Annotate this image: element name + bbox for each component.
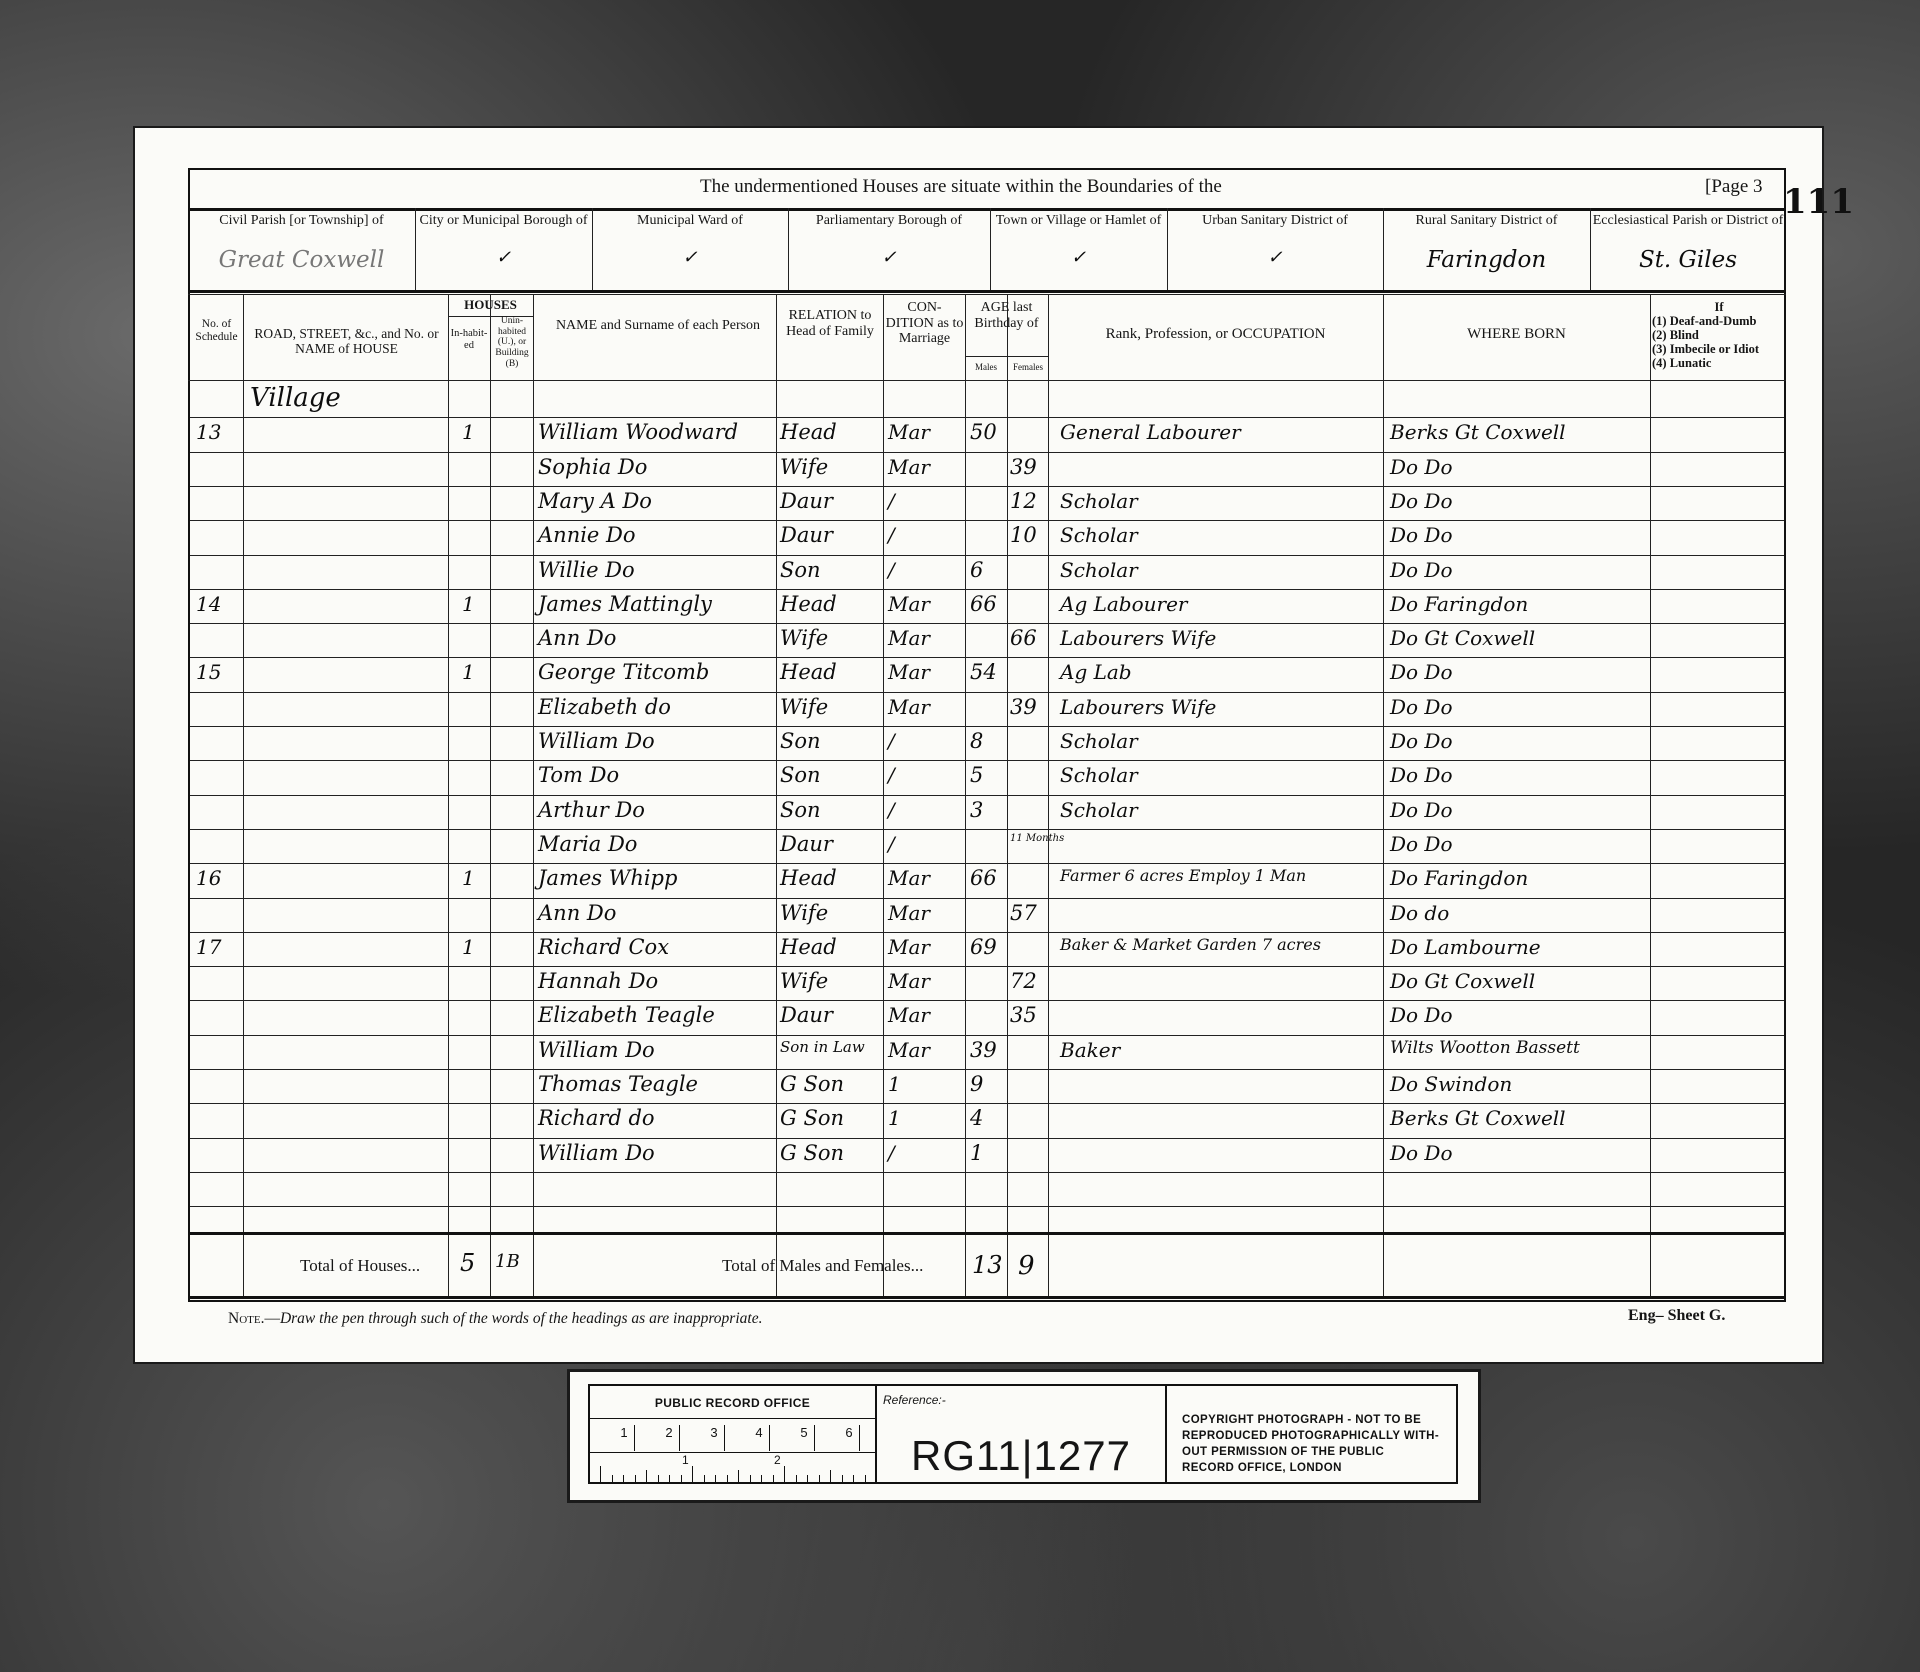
marital-condition: Mar (888, 661, 930, 683)
scale-tick (796, 1475, 797, 1484)
person-name: Hannah Do (538, 970, 658, 994)
scale-tick (738, 1470, 739, 1484)
page-label: [Page 3 (1705, 176, 1763, 197)
relation-to-head: Wife (780, 696, 828, 720)
boundary-label: Urban Sanitary District of (1167, 213, 1383, 229)
note-prefix: Note.— (228, 1310, 280, 1327)
occupation: Scholar (1060, 524, 1138, 546)
where-born: Do Do (1390, 524, 1453, 546)
age-male: 66 (970, 593, 997, 617)
where-born: Do Do (1390, 764, 1453, 786)
scale-tick (773, 1475, 774, 1484)
person-name: William Woodward (538, 421, 738, 445)
age-subheader-rule (965, 356, 1048, 357)
inhabited-mark: 1 (462, 421, 475, 443)
age-male: 4 (970, 1107, 983, 1131)
marital-condition: Mar (888, 867, 930, 889)
where-born: Do Do (1390, 559, 1453, 581)
where-born: Do Do (1390, 456, 1453, 478)
inhabited-mark: 1 (462, 593, 475, 615)
scale-tick (600, 1466, 601, 1484)
boundary-label: Municipal Ward of (592, 213, 788, 229)
relation-to-head: G Son (780, 1107, 844, 1131)
age-female: 66 (1010, 627, 1037, 651)
scale-tick (807, 1475, 808, 1484)
where-born: Do Faringdon (1390, 593, 1528, 615)
boundary-value: ✓ (592, 248, 788, 268)
copyright-line: RECORD OFFICE, LONDON (1182, 1460, 1452, 1476)
marital-condition: / (888, 1142, 895, 1164)
relation-to-head: Head (780, 936, 837, 960)
col-header-condition: CON-DITION as to Marriage (884, 300, 965, 347)
person-name: Elizabeth do (538, 696, 671, 720)
col-header-name: NAME and Surname of each Person (540, 318, 776, 334)
boundary-label: Town or Village or Hamlet of (990, 213, 1167, 229)
relation-to-head: G Son (780, 1073, 844, 1097)
relation-to-head: Son (780, 559, 821, 583)
age-female: 10 (1010, 524, 1037, 548)
folio-number: 111 (1783, 182, 1854, 222)
where-born: Do Swindon (1390, 1073, 1512, 1095)
relation-to-head: Wife (780, 456, 828, 480)
where-born: Do Do (1390, 799, 1453, 821)
col-header-age: AGE last Birthday of (965, 300, 1048, 331)
marital-condition: Mar (888, 696, 930, 718)
table-row (188, 559, 1786, 593)
where-born: Do Do (1390, 696, 1453, 718)
age-male: 1 (970, 1142, 983, 1166)
stamp-reference-number: RG11|1277 (911, 1432, 1131, 1479)
occupation: Scholar (1060, 490, 1138, 512)
scale-inch-label: 1 (682, 1453, 689, 1467)
table-row (188, 1176, 1786, 1210)
scale-cm-digit: 4 (755, 1425, 763, 1440)
boundary-label: Civil Parish [or Township] of (188, 213, 415, 229)
note-text: Draw the pen through such of the words o… (280, 1310, 763, 1327)
relation-to-head: Son (780, 730, 821, 754)
marital-condition: Mar (888, 593, 930, 615)
person-name: Ann Do (538, 902, 616, 926)
schedule-number: 16 (196, 867, 221, 889)
scale-inch-label: 2 (774, 1453, 781, 1467)
total-houses-label: Total of Houses... (300, 1256, 420, 1275)
relation-to-head: Wife (780, 902, 828, 926)
scale-cm-cell: 3 (680, 1425, 725, 1451)
table-row (188, 456, 1786, 490)
stamp-scale-cm: 123456 (590, 1419, 875, 1453)
total-houses-inhabited: 5 (460, 1250, 475, 1277)
scale-cm-cell: 5 (770, 1425, 815, 1451)
age-female: 57 (1010, 902, 1037, 926)
col-header-road: ROAD, STREET, &c., and No. or NAME of HO… (245, 326, 448, 356)
age-male: 5 (970, 764, 983, 788)
person-name: William Do (538, 1039, 655, 1063)
marital-condition: 1 (888, 1107, 901, 1129)
marital-condition: / (888, 833, 895, 855)
scale-tick (612, 1475, 613, 1484)
marital-condition: 1 (888, 1073, 901, 1095)
boundary-value: Faringdon (1383, 248, 1590, 274)
person-name: Richard do (538, 1107, 655, 1131)
col-header-where-born: WHERE BORN (1383, 326, 1650, 343)
where-born: Wilts Wootton Bassett (1390, 1039, 1580, 1058)
person-name: James Whipp (538, 867, 677, 891)
column-header-rule (188, 380, 1786, 381)
age-male: 6 (970, 559, 983, 583)
scale-tick (681, 1475, 682, 1484)
person-name: Thomas Teagle (538, 1073, 698, 1097)
person-name: Annie Do (538, 524, 636, 548)
table-row (188, 764, 1786, 798)
person-name: Tom Do (538, 764, 619, 788)
where-born: Do Faringdon (1390, 867, 1528, 889)
col-header-females: Females (1008, 362, 1048, 372)
age-female: 72 (1010, 970, 1037, 994)
boundary-value: St. Giles (1590, 248, 1786, 274)
age-male: 69 (970, 936, 997, 960)
marital-condition: / (888, 490, 895, 512)
form-bottom-rule (188, 1296, 1786, 1299)
where-born: Do Do (1390, 490, 1453, 512)
stamp-scale-inches: 12 (590, 1453, 875, 1484)
scale-tick (704, 1475, 705, 1484)
person-name: Ann Do (538, 627, 616, 651)
relation-to-head: Head (780, 661, 837, 685)
occupation: Baker & Market Garden 7 acres (1060, 936, 1321, 954)
age-female: 12 (1010, 490, 1037, 514)
scale-tick (761, 1475, 762, 1484)
occupation: Farmer 6 acres Employ 1 Man (1060, 867, 1306, 885)
scale-tick (865, 1475, 866, 1484)
occupation: Labourers Wife (1060, 627, 1216, 649)
relation-to-head: Head (780, 867, 837, 891)
scale-tick (830, 1470, 831, 1484)
occupation: Scholar (1060, 730, 1138, 752)
where-born: Do Do (1390, 730, 1453, 752)
scale-cm-digit: 5 (800, 1425, 808, 1440)
public-record-office-stamp: PUBLIC RECORD OFFICE 123456 12 Reference… (570, 1372, 1478, 1500)
copyright-line: REPRODUCED PHOTOGRAPHICALLY WITH- (1182, 1428, 1452, 1444)
person-name: Elizabeth Teagle (538, 1004, 715, 1028)
copyright-line: COPYRIGHT PHOTOGRAPH - NOT TO BE (1182, 1412, 1452, 1428)
person-name: William Do (538, 730, 655, 754)
total-houses-uninhabited: 1B (495, 1252, 520, 1272)
boundary-value: ✓ (415, 248, 592, 268)
scale-tick (646, 1470, 647, 1484)
person-name: Willie Do (538, 559, 635, 583)
age-male: 54 (970, 661, 997, 685)
scale-tick (842, 1475, 843, 1484)
marital-condition: / (888, 524, 895, 546)
scale-cm-digit: 3 (710, 1425, 718, 1440)
table-row (188, 490, 1786, 524)
sheet-label: Eng– Sheet G. (1628, 1307, 1725, 1325)
table-row (188, 1073, 1786, 1107)
marital-condition: / (888, 799, 895, 821)
stamp-reference-panel: Reference:- RG11|1277 (875, 1386, 1167, 1482)
col-header-relation: RELATION to Head of Family (777, 308, 883, 339)
where-born: Do Lambourne (1390, 936, 1541, 958)
age-female: 35 (1010, 1004, 1037, 1028)
title-row-rule (188, 208, 1786, 211)
stamp-frame: PUBLIC RECORD OFFICE 123456 12 Reference… (588, 1384, 1458, 1484)
age-female: 39 (1010, 696, 1037, 720)
scale-tick (692, 1466, 693, 1484)
age-male: 39 (970, 1039, 997, 1063)
occupation: Baker (1060, 1039, 1120, 1061)
table-row (188, 970, 1786, 1004)
table-row (188, 387, 1786, 421)
where-born: Do Do (1390, 1142, 1453, 1164)
table-row (188, 524, 1786, 558)
marital-condition: Mar (888, 627, 930, 649)
col-header-schedule: No. of Schedule (190, 318, 243, 344)
scale-tick (853, 1475, 854, 1484)
marital-condition: Mar (888, 421, 930, 443)
col-header-inhabited: In-habit-ed (449, 328, 489, 352)
occupation: Labourers Wife (1060, 696, 1216, 718)
col-header-occupation: Rank, Profession, or OCCUPATION (1048, 326, 1383, 343)
infirmity-if-label: If (1652, 300, 1786, 314)
scale-tick (750, 1475, 751, 1484)
table-row (188, 799, 1786, 833)
infirmity-blind: (2) Blind (1652, 328, 1786, 342)
where-born: Do do (1390, 902, 1449, 924)
occupation: Scholar (1060, 559, 1138, 581)
relation-to-head: G Son (780, 1142, 844, 1166)
relation-to-head: Wife (780, 970, 828, 994)
relation-to-head: Wife (780, 627, 828, 651)
age-female: 11 Months (1010, 833, 1064, 844)
occupation: Ag Lab (1060, 661, 1132, 683)
stamp-reference-label: Reference:- (883, 1394, 946, 1407)
relation-to-head: Head (780, 593, 837, 617)
form-note: Note.—Draw the pen through such of the w… (228, 1310, 762, 1327)
boundaries-row-rule (188, 290, 1786, 293)
age-male: 8 (970, 730, 983, 754)
where-born: Do Do (1390, 1004, 1453, 1026)
scale-tick (715, 1475, 716, 1484)
marital-condition: Mar (888, 1004, 930, 1026)
marital-condition: Mar (888, 902, 930, 924)
col-header-uninhabited: Unin-habited (U.), or Building (B) (491, 316, 533, 369)
infirmity-imbecile: (3) Imbecile or Idiot (1652, 342, 1786, 356)
boundary-label: Parliamentary Borough of (788, 213, 990, 229)
infirmity-lunatic: (4) Lunatic (1652, 356, 1786, 370)
where-born: Do Do (1390, 833, 1453, 855)
boundary-value: ✓ (1167, 248, 1383, 268)
scale-tick (784, 1466, 785, 1484)
occupation: Scholar (1060, 799, 1138, 821)
col-header-houses: HOUSES (448, 298, 533, 313)
occupation: Ag Labourer (1060, 593, 1188, 615)
table-row (188, 902, 1786, 936)
scale-tick (727, 1475, 728, 1484)
age-male: 9 (970, 1073, 983, 1097)
age-male: 50 (970, 421, 997, 445)
copyright-line: OUT PERMISSION OF THE PUBLIC (1182, 1444, 1452, 1460)
inhabited-mark: 1 (462, 936, 475, 958)
schedule-number: 15 (196, 661, 221, 683)
table-row (188, 1004, 1786, 1038)
scale-cm-cell: 6 (815, 1425, 860, 1451)
person-name: Mary A Do (538, 490, 652, 514)
scale-tick (635, 1475, 636, 1484)
col-header-infirmity: If (1) Deaf-and-Dumb (2) Blind (3) Imbec… (1652, 300, 1786, 370)
scale-cm-digit: 2 (665, 1425, 673, 1440)
table-row (188, 730, 1786, 764)
table-row (188, 833, 1786, 867)
total-females: 9 (1018, 1252, 1035, 1281)
person-name: Sophia Do (538, 456, 647, 480)
where-born: Do Gt Coxwell (1390, 627, 1535, 649)
relation-to-head: Daur (780, 1004, 833, 1028)
marital-condition: Mar (888, 1039, 930, 1061)
where-born: Berks Gt Coxwell (1390, 1107, 1566, 1129)
infirmity-deaf-dumb: (1) Deaf-and-Dumb (1652, 314, 1786, 328)
boundary-value: ✓ (788, 248, 990, 268)
person-name: Maria Do (538, 833, 637, 857)
marital-condition: / (888, 730, 895, 752)
person-name: William Do (538, 1142, 655, 1166)
total-persons-label: Total of Males and Females... (722, 1256, 923, 1275)
marital-condition: Mar (888, 970, 930, 992)
stamp-ruler-panel: PUBLIC RECORD OFFICE 123456 12 (590, 1386, 877, 1482)
schedule-number: 13 (196, 421, 221, 443)
schedule-number: 14 (196, 593, 221, 615)
relation-to-head: Son (780, 799, 821, 823)
relation-to-head: Son (780, 764, 821, 788)
person-name: Arthur Do (538, 799, 645, 823)
marital-condition: Mar (888, 456, 930, 478)
boundary-label: Rural Sanitary District of (1383, 213, 1590, 229)
person-name: George Titcomb (538, 661, 709, 685)
total-males: 13 (972, 1252, 1003, 1279)
age-male: 3 (970, 799, 983, 823)
scale-cm-digit: 6 (845, 1425, 853, 1440)
age-female: 39 (1010, 456, 1037, 480)
form-title: The undermentioned Houses are situate wi… (700, 176, 1222, 197)
scale-tick (658, 1475, 659, 1484)
totals-row-rule (188, 1232, 1786, 1235)
relation-to-head: Daur (780, 833, 833, 857)
scale-tick (623, 1475, 624, 1484)
relation-to-head: Son in Law (780, 1039, 865, 1056)
scale-tick (819, 1475, 820, 1484)
where-born: Do Do (1390, 661, 1453, 683)
inhabited-mark: 1 (462, 661, 475, 683)
table-row (188, 1142, 1786, 1176)
schedule-number: 17 (196, 936, 221, 958)
scale-cm-digit: 1 (620, 1425, 628, 1440)
relation-to-head: Daur (780, 524, 833, 548)
boundary-value: ✓ (990, 248, 1167, 268)
relation-to-head: Head (780, 421, 837, 445)
inhabited-mark: 1 (462, 867, 475, 889)
boundary-label: Ecclesiastical Parish or District of (1590, 213, 1786, 229)
table-row (188, 696, 1786, 730)
where-born: Do Gt Coxwell (1390, 970, 1535, 992)
col-header-males: Males (966, 362, 1006, 372)
stamp-copyright: COPYRIGHT PHOTOGRAPH - NOT TO BEREPRODUC… (1182, 1412, 1452, 1476)
relation-to-head: Daur (780, 490, 833, 514)
person-name: Richard Cox (538, 936, 669, 960)
where-born: Berks Gt Coxwell (1390, 421, 1566, 443)
age-male: 66 (970, 867, 997, 891)
scale-cm-cell: 4 (725, 1425, 770, 1451)
scale-tick (669, 1475, 670, 1484)
boundaries-row-rule-2 (188, 294, 1786, 295)
scale-cm-cell: 1 (590, 1425, 635, 1451)
boundary-value: Great Coxwell (188, 248, 415, 274)
occupation: Scholar (1060, 764, 1138, 786)
person-name: James Mattingly (538, 593, 712, 617)
marital-condition: / (888, 764, 895, 786)
marital-condition: Mar (888, 936, 930, 958)
table-row (188, 627, 1786, 661)
stamp-office-label: PUBLIC RECORD OFFICE (590, 1396, 875, 1410)
marital-condition: / (888, 559, 895, 581)
scale-cm-cell: 2 (635, 1425, 680, 1451)
occupation: General Labourer (1060, 421, 1241, 443)
boundary-label: City or Municipal Borough of (415, 213, 592, 229)
